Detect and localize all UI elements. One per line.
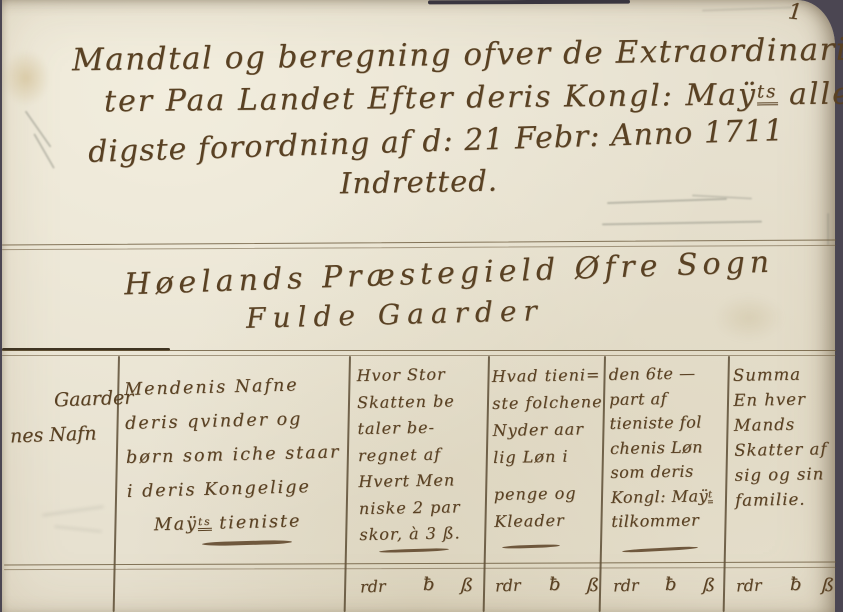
rule-line — [4, 562, 836, 566]
column-header-farm-name-line-2: nes Nafn — [10, 422, 97, 447]
title-line-1: Mandtal og beregning ofver de Extraordin… — [72, 30, 843, 79]
underline-flourish — [502, 544, 560, 549]
header-line: tieniste fol — [609, 410, 727, 437]
title-line-2-text: ter Paa Landet Efter deris Kongl: Maÿ — [104, 77, 757, 119]
majestatis-superscript: t — [708, 489, 713, 503]
bleedthrough-writing — [54, 525, 102, 532]
header-line: regnet af — [358, 440, 486, 469]
rule-line — [2, 350, 836, 351]
majestatis-superscript: ts — [757, 81, 778, 105]
header-line: penge og — [494, 479, 606, 508]
header-line: Skatten be — [357, 387, 485, 416]
rule-line — [4, 567, 836, 571]
header-line: niske 2 par — [359, 493, 487, 522]
header-line: sig og sin — [734, 461, 836, 488]
header-line: lig Løn i — [493, 442, 605, 471]
underline-flourish — [379, 548, 449, 553]
majestatis-superscript: ts — [198, 516, 212, 531]
unit-rdr: rdr — [613, 576, 639, 596]
header-line: Hvert Men — [358, 467, 486, 496]
unit-skilling: ß — [702, 575, 715, 597]
unit-skilling: ß — [821, 575, 834, 597]
header-line: som deris — [610, 459, 728, 486]
column-header-men-names: Mendenis Nafne deris qvinder og børn som… — [124, 367, 358, 543]
header-line: En hver — [733, 386, 835, 413]
column-header-sixth-part: den 6te — part af tieniste fol chenis Lø… — [609, 361, 730, 535]
bleedthrough-writing — [42, 506, 104, 517]
unit-mark-icon: ƀ — [549, 574, 561, 595]
title-line-3: digste forordning af d: 21 Febr: Anno 17… — [88, 113, 785, 170]
header-line: ste folchene — [492, 388, 604, 417]
header-line: Maÿts tieniste — [127, 503, 358, 543]
header-line: Skatter af — [734, 436, 836, 463]
header-line: Kongl: Maÿt — [611, 483, 729, 510]
column-header-farm-name-line-1: Gaarder — [54, 387, 134, 412]
column-header-summa: Summa En hver Mands Skatter af sig og si… — [733, 361, 838, 513]
unit-rdr: rdr — [360, 577, 386, 597]
header-line: skor, à 3 ß. — [359, 520, 487, 549]
unit-rdr: rdr — [495, 576, 521, 596]
column-header-servant-wages: Hvad tieni= ste folchene Nyder aar lig L… — [492, 361, 607, 535]
paper-stain — [2, 50, 50, 106]
bleedthrough-writing — [602, 221, 762, 226]
header-line: taler be- — [357, 414, 485, 443]
header-line: part af — [609, 385, 727, 412]
bleedthrough-writing — [607, 198, 727, 204]
bleedthrough-writing — [702, 6, 792, 11]
title-line-2: ter Paa Landet Efter deris Kongl: Maÿts … — [104, 76, 843, 120]
header-line: Mands — [734, 411, 836, 438]
title-line-2-text: allernaa — [777, 76, 843, 113]
unit-skilling: ß — [586, 575, 599, 597]
column-header-shoe-tax: Hvor Stor Skatten be taler be- regnet af… — [356, 361, 487, 549]
header-line: børn som iche staar — [126, 435, 357, 475]
header-line-text: tieniste — [211, 511, 301, 533]
header-line: den 6te — — [609, 361, 727, 388]
manuscript-page: 1 Mandtal og beregning ofver de Extraord… — [2, 0, 835, 612]
title-line-4: Indretted. — [340, 164, 499, 201]
header-line: Summa — [733, 361, 835, 388]
underline-flourish — [622, 546, 698, 553]
header-line: Hvad tieni= — [492, 361, 604, 390]
header-line-text: Kongl: Maÿ — [611, 486, 709, 507]
unit-mark-icon: ƀ — [423, 574, 435, 595]
header-line: Kleader — [494, 506, 606, 535]
header-line: familie. — [735, 486, 837, 513]
section-heading-parish: Høelands Præstegield Øfre Sogn — [124, 245, 775, 303]
underline-flourish — [202, 540, 292, 546]
header-line: tilkommer — [611, 508, 729, 535]
unit-mark-icon: ƀ — [790, 574, 802, 595]
section-heading-farms: Fulde Gaarder — [246, 294, 545, 335]
paper-stain — [714, 295, 784, 341]
header-line-text: Maÿ — [154, 514, 199, 535]
unit-mark-icon: ƀ — [665, 574, 677, 595]
header-line: Hvor Stor — [356, 361, 484, 390]
header-line: chenis Løn — [610, 434, 728, 461]
page-number: 1 — [787, 0, 804, 26]
rule-line — [2, 355, 836, 356]
header-line: Nyder aar — [492, 415, 604, 444]
unit-skilling: ß — [460, 575, 473, 597]
unit-rdr: rdr — [736, 576, 762, 596]
